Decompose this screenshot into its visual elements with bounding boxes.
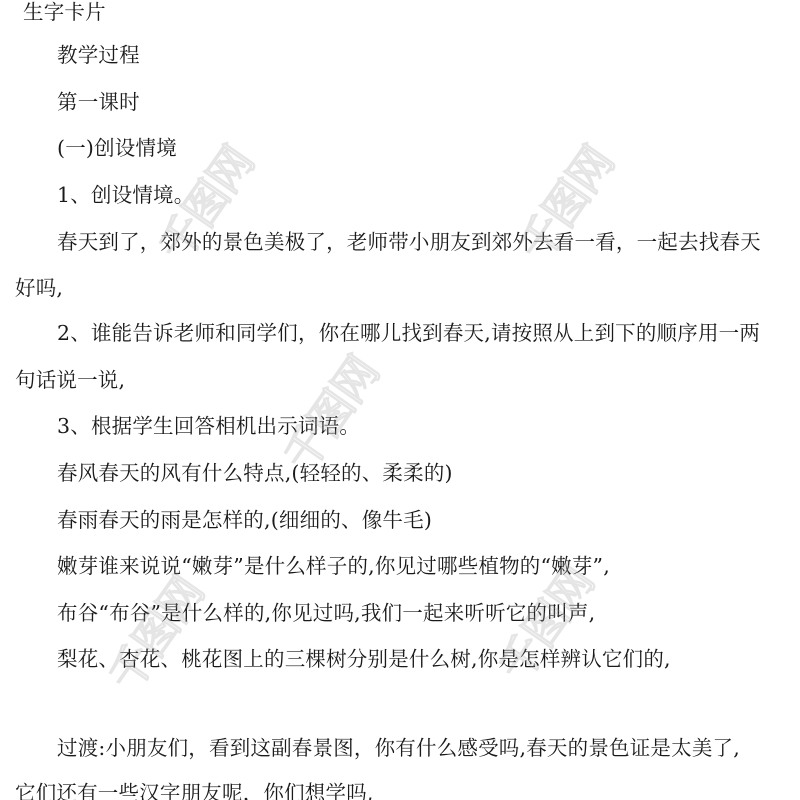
transition-paragraph: 过渡:小朋友们，看到这副春景图，你有什么感受吗,春天的景色证是太美了,: [57, 736, 740, 760]
vocab-spring-wind: 春风春天的风有什么特点,(轻轻的、柔柔的): [57, 461, 453, 485]
step-3-paragraph: 3、根据学生回答相机出示词语。: [57, 414, 360, 438]
step-2-paragraph: 2、谁能告诉老师和同学们，你在哪儿找到春天,请按照从上到下的顺序用一两: [57, 321, 760, 345]
vocab-sprouts: 嫩芽谁来说说“嫩芽”是什么样子的,你见过哪些植物的“嫩芽”,: [57, 554, 610, 578]
document-page: 生字卡片 教学过程 第一课时 (一)创设情境 1、创设情境。 春天到了，郊外的景…: [0, 0, 800, 800]
section-heading-teaching-process: 教学过程: [57, 43, 140, 67]
vocab-spring-rain: 春雨春天的雨是怎样的,(细细的、像牛毛): [57, 508, 432, 532]
step-1-heading: 1、创设情境。: [57, 183, 194, 207]
paragraph-spring-intro-cont: 好吗,: [15, 276, 63, 300]
materials-line: 生字卡片: [23, 0, 106, 24]
vocab-blossoms: 梨花、杏花、桃花图上的三棵树分别是什么树,你是怎样辨认它们的,: [57, 647, 671, 671]
vocab-cuckoo: 布谷“布谷”是什么样的,你见过吗,我们一起来听听它的叫声,: [57, 601, 595, 625]
lesson-heading-first-period: 第一课时: [57, 90, 140, 114]
subsection-heading-create-scenario: (一)创设情境: [57, 136, 177, 160]
step-2-paragraph-cont: 句话说一说,: [15, 368, 125, 392]
transition-paragraph-cont: 它们还有一些汉字朋友呢，你们想学吗,: [15, 781, 374, 800]
paragraph-spring-intro: 春天到了，郊外的景色美极了，老师带小朋友到郊外去看一看，一起去找春天: [57, 230, 761, 254]
